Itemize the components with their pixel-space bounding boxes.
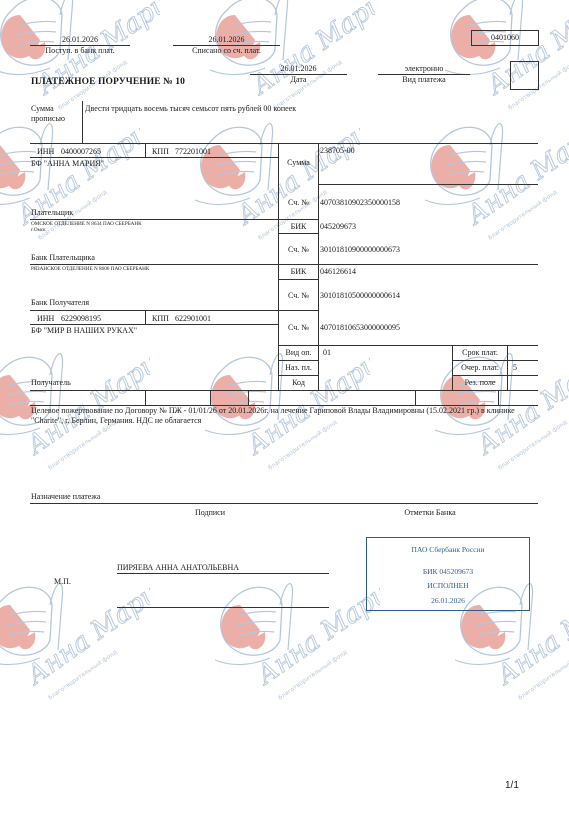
op-type: 01	[323, 348, 331, 358]
form-code: 0401060	[471, 30, 539, 46]
payer-inn-label: ИНН	[37, 147, 54, 157]
purpose-line-2: "Charite", г. Берлин, Германия. НДС не о…	[31, 416, 201, 426]
payee-inn: 6229098195	[61, 314, 101, 324]
payer-bank-account: 30101810900000000673	[320, 245, 400, 255]
payee-bank-account-label: Сч. №	[279, 291, 318, 301]
received-label: Поступ. в банк плат.	[30, 46, 130, 56]
payee-label: Получатель	[31, 378, 71, 388]
stamp-status: ИСПОЛНЕН	[367, 581, 529, 590]
page-title: ПЛАТЕЖНОЕ ПОРУЧЕНИЕ № 10	[31, 77, 185, 87]
payer-name: БФ "АННА МАРИЯ"	[31, 159, 104, 169]
svg-text:Анна Мария: Анна Мария	[250, 568, 380, 691]
payee-inn-label: ИНН	[37, 314, 54, 324]
amount-words-label-1: Сумма	[31, 104, 54, 114]
payee-name: БФ "МИР В НАШИХ РУКАХ"	[31, 326, 137, 336]
watermark-logo-icon: Анна Марияблаготворительный фонд	[0, 560, 150, 720]
amount-words-value: Двести тридцать восемь тысяч семьсот пят…	[85, 104, 296, 114]
payee-bank-account: 30101810500000000614	[320, 291, 400, 301]
amount-value: 238705-00	[320, 146, 355, 156]
payer-bank-name: ОМСКОЕ ОТДЕЛЕНИЕ N 8634 ПАО СБЕРБАНК	[31, 221, 142, 227]
signer-name: ПИРЯЕВА АННА АНАТОЛЬЕВНА	[117, 563, 239, 573]
svg-text:Анна Мария: Анна Мария	[460, 108, 569, 231]
svg-text:Анна Мария: Анна Мария	[20, 568, 150, 691]
status-box	[510, 61, 539, 90]
svg-text:благотворительный фонд: благотворительный фонд	[497, 419, 568, 472]
payer-kpp: 772201001	[175, 147, 211, 157]
code-label: Код	[279, 378, 318, 388]
bank-marks-label: Отметки Банка	[380, 508, 480, 518]
debited-label: Списано со сч. плат.	[173, 46, 280, 56]
watermark-logo-icon: Анна Марияблаготворительный фонд	[190, 100, 360, 260]
payee-account-label: Сч. №	[279, 323, 318, 333]
svg-text:благотворительный фонд: благотворительный фонд	[47, 649, 118, 702]
payer-label: Плательщик	[31, 208, 73, 218]
svg-text:благотворительный фонд: благотворительный фонд	[517, 649, 569, 702]
purpose-code-label: Наз. пл.	[279, 363, 318, 373]
payee-kpp-label: КПП	[152, 314, 169, 324]
stamp-date: 26.01.2026	[367, 596, 529, 605]
payer-bank-bik-label: БИК	[279, 222, 318, 232]
op-type-label: Вид оп.	[279, 348, 318, 358]
svg-text:Анна Мария: Анна Мария	[230, 108, 360, 231]
debited-date: 26.01.2026	[173, 35, 280, 45]
payee-account: 40701810653000000095	[320, 323, 400, 333]
seal-label: М.П.	[54, 577, 71, 587]
svg-text:благотворительный фонд: благотворительный фонд	[267, 419, 338, 472]
payment-type-label: Вид платежа	[378, 75, 470, 85]
amount-words-label-2: прописью	[31, 114, 65, 124]
received-date: 26.01.2026	[30, 35, 130, 45]
purpose-line-1: Целевое пожертвование по Договору № ПЖ -…	[31, 406, 515, 416]
svg-text:Анна Мария: Анна Мария	[20, 338, 150, 461]
payee-kpp: 622901001	[175, 314, 211, 324]
payer-bank-bik: 045209673	[320, 222, 356, 232]
due-label: Срок плат.	[453, 348, 507, 358]
payee-bank-label: Банк Получателя	[31, 298, 89, 308]
payment-date: 26.01.2026	[250, 64, 347, 74]
svg-text:благотворительный фонд: благотворительный фонд	[487, 189, 558, 242]
stamp-bank: ПАО Сбербанк России	[367, 545, 529, 554]
payee-bank-bik-label: БИК	[279, 267, 318, 277]
priority-label: Очер. плат.	[453, 363, 507, 373]
payer-account-label: Сч. №	[279, 198, 318, 208]
payee-bank-bik: 046126614	[320, 267, 356, 277]
stamp-bik: БИК 045209673	[367, 567, 529, 576]
watermark-logo-icon: Анна Марияблаготворительный фонд	[0, 100, 140, 260]
svg-text:благотворительный фонд: благотворительный фонд	[47, 419, 118, 472]
bank-stamp: ПАО Сбербанк России БИК 045209673 ИСПОЛН…	[366, 537, 530, 611]
reserved-label: Рез. поле	[453, 378, 507, 388]
payer-bank-account-label: Сч. №	[279, 245, 318, 255]
svg-text:благотворительный фонд: благотворительный фонд	[277, 649, 348, 702]
payer-inn: 0400007265	[61, 147, 101, 157]
signatures-label: Подписи	[170, 508, 250, 518]
svg-text:Анна Мария: Анна Мария	[10, 108, 140, 231]
purpose-label: Назначение платежа	[31, 492, 100, 502]
payer-account: 40703810902350000158	[320, 198, 400, 208]
payer-bank-label: Банк Плательщика	[31, 253, 95, 263]
payment-type: электронно	[378, 64, 470, 74]
priority-value: 5	[513, 363, 517, 373]
payee-bank-name: РЯЗАНСКОЕ ОТДЕЛЕНИЕ N 8606 ПАО СБЕРБАНК	[31, 266, 149, 272]
payer-bank-city: г.Омск	[31, 227, 46, 233]
watermark-logo-icon: Анна Марияблаготворительный фонд	[420, 100, 569, 260]
watermark-logo-icon: Анна Марияблаготворительный фонд	[210, 560, 380, 720]
amount-label: Сумма	[279, 158, 318, 168]
payer-kpp-label: КПП	[152, 147, 169, 157]
page-number: 1/1	[505, 780, 519, 791]
payment-date-label: Дата	[250, 75, 347, 85]
